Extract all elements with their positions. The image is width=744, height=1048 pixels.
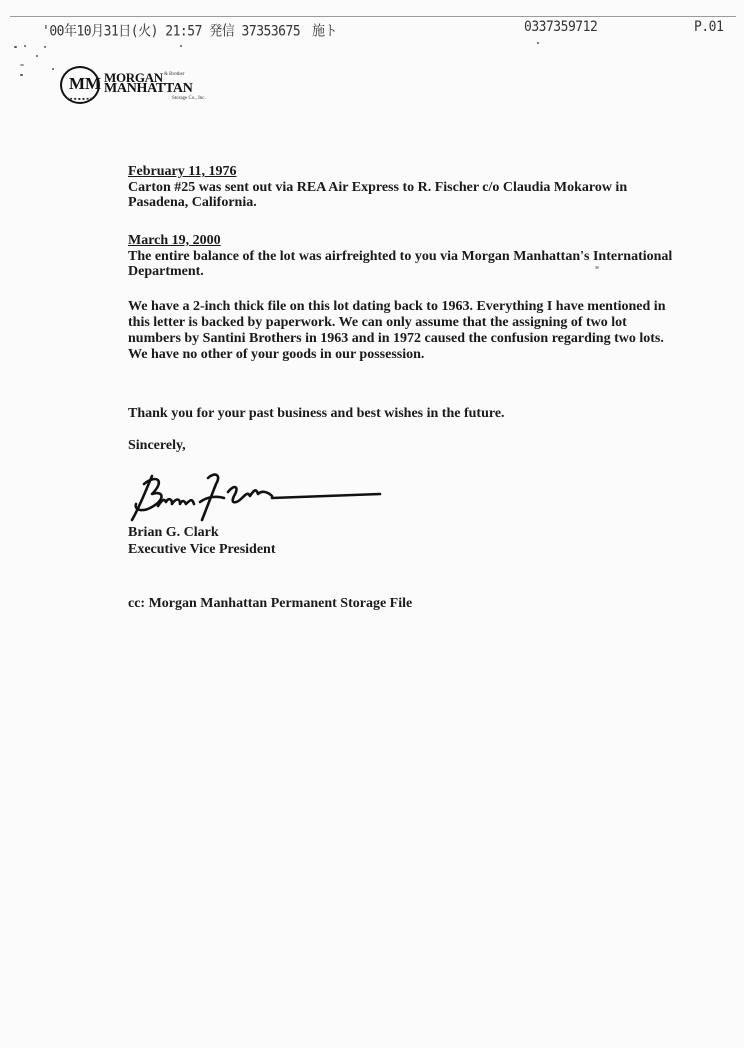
- fax-transmission-header: '00年10月31日(火) 21:57 発信 37353675 施ト 03373…: [0, 19, 744, 39]
- logo-suffix: & Brother: [164, 72, 184, 77]
- paragraph-thanks: Thank you for your past business and bes…: [128, 406, 668, 422]
- closing: Sincerely,: [128, 438, 186, 454]
- logo-tagline: Storage Co., Inc.: [172, 96, 206, 101]
- letter-section-2: March 19, 2000 The entire balance of the…: [128, 233, 688, 280]
- paragraph-file-history: We have a 2-inch thick file on this lot …: [128, 299, 668, 363]
- logo-emblem: MM: [60, 66, 100, 104]
- signer-title: Executive Vice President: [128, 542, 276, 558]
- logo-line-manhattan: MANHATTAN: [104, 81, 193, 97]
- fax-recipient-number: 0337359712: [524, 19, 597, 36]
- letter-section-1: February 11, 1976 Carton #25 was sent ou…: [128, 164, 688, 211]
- fax-date-time: '00年10月31日(火) 21:57 発信 37353675: [42, 19, 300, 40]
- fax-header-rule: [10, 16, 736, 17]
- section-date: February 11, 1976: [128, 164, 688, 180]
- signer-name: Brian G. Clark: [128, 525, 219, 541]
- fax-sender-label: 施ト: [312, 19, 337, 40]
- logo-monogram: MM: [69, 73, 91, 95]
- signature-image: [122, 470, 384, 528]
- company-logo: MM MORGAN & Brother MANHATTAN Storage Co…: [60, 66, 220, 108]
- cc-line: cc: Morgan Manhattan Permanent Storage F…: [128, 596, 412, 612]
- section-date: March 19, 2000: [128, 233, 688, 249]
- section-text: The entire balance of the lot was airfre…: [128, 249, 688, 280]
- section-text: Carton #25 was sent out via REA Air Expr…: [128, 180, 688, 211]
- fax-page-number: P.01: [694, 19, 723, 36]
